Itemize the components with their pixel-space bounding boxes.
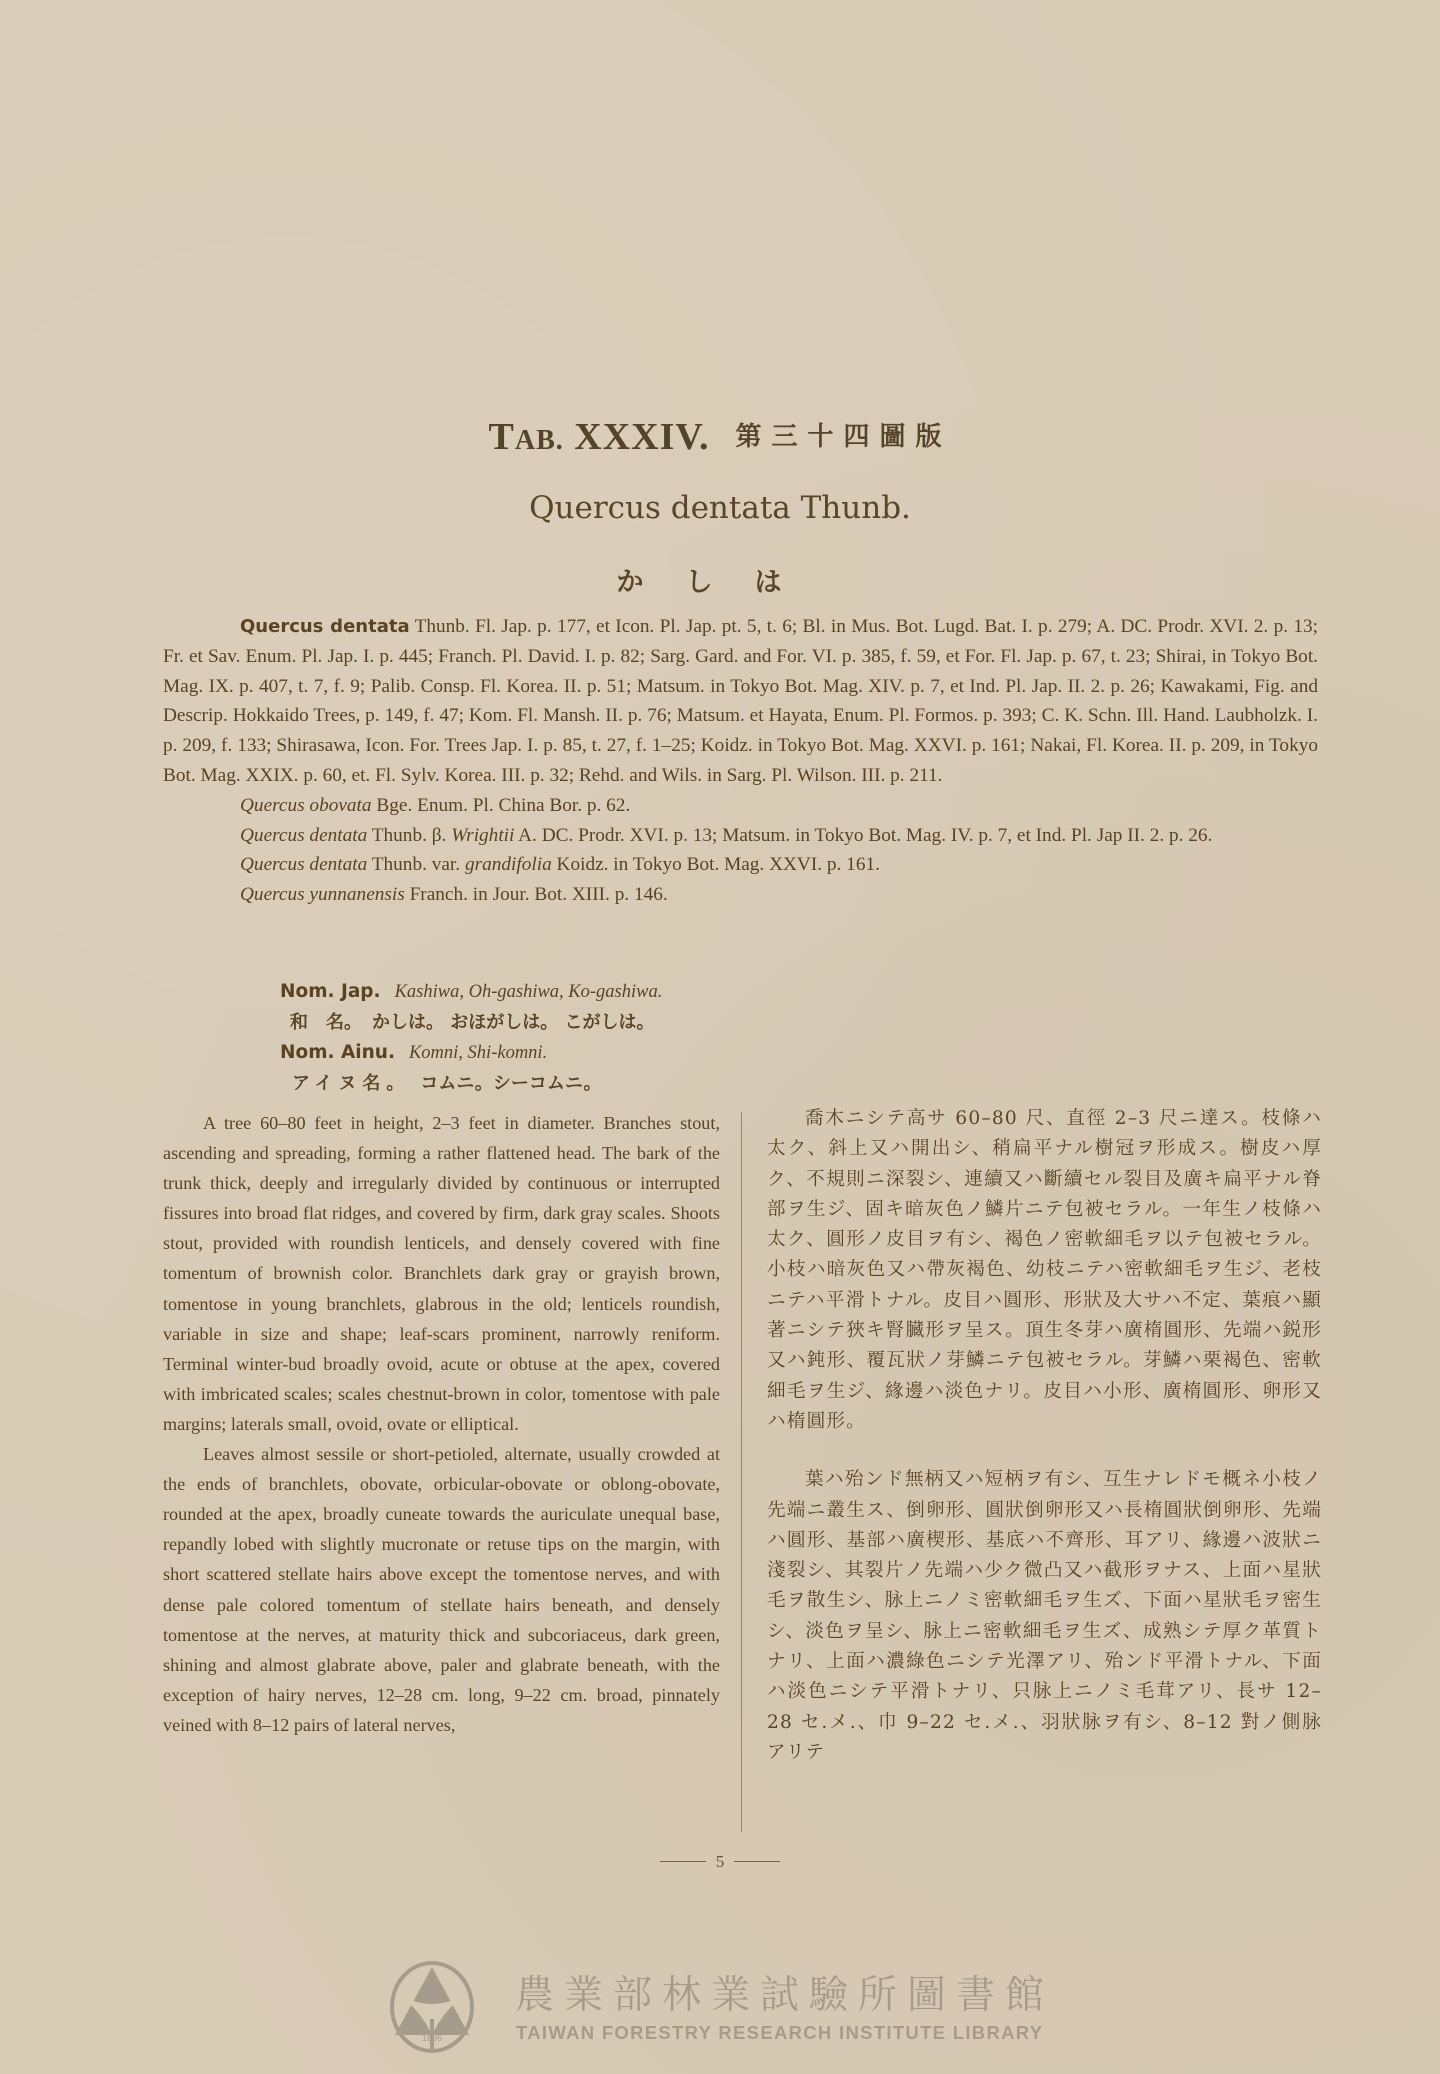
vernacular-names: Nom. Jap.Kashiwa, Oh-gashiwa, Ko-gashiwa…: [280, 977, 662, 1099]
institute-logo-icon: 1896: [385, 1955, 480, 2055]
plate-title: TAB. XXXIV. 第三十四圖版: [0, 415, 1440, 459]
dash-left: [660, 1861, 706, 1862]
references-block: Quercus dentata Thunb. Fl. Jap. p. 177, …: [163, 612, 1318, 910]
wamei-row: 和 名。かしは。 おほがしは。 こがしは。: [280, 1008, 662, 1039]
description-japanese: 喬木ニシテ高サ 60–80 尺、直徑 2–3 尺ニ達ス。枝條ハ太ク、斜上又ハ開出…: [767, 1104, 1322, 1768]
library-name-chinese: 農業部林業試驗所圖書館: [515, 1964, 1054, 2020]
page-number: 5: [0, 1852, 1440, 1872]
library-name-english: TAIWAN FORESTRY RESEARCH INSTITUTE LIBRA…: [516, 2022, 1043, 2044]
column-divider: [741, 1112, 742, 1832]
synonym: Quercus obovata Bge. Enum. Pl. China Bor…: [163, 791, 1318, 821]
paragraph: 喬木ニシテ高サ 60–80 尺、直徑 2–3 尺ニ達ス。枝條ハ太ク、斜上又ハ開出…: [767, 1104, 1322, 1437]
plate-label: TAB. XXXIV.: [489, 416, 710, 458]
plate-label-japanese: 第三十四圖版: [735, 422, 951, 452]
svg-text:1896: 1896: [422, 2033, 442, 2043]
synonym: Quercus dentata Thunb. var. grandifolia …: [163, 850, 1318, 880]
nom-jap-row: Nom. Jap.Kashiwa, Oh-gashiwa, Ko-gashiwa…: [280, 977, 662, 1008]
description-english: A tree 60–80 feet in height, 2–3 feet in…: [163, 1108, 720, 1740]
paragraph: Leaves almost sessile or short-petioled,…: [163, 1439, 720, 1740]
primary-reference: Quercus dentata Thunb. Fl. Jap. p. 177, …: [163, 612, 1318, 791]
species-kana-title: かしは: [0, 560, 1440, 599]
species-title: Quercus dentata Thunb.: [0, 490, 1440, 526]
dash-right: [734, 1861, 780, 1862]
paragraph: 葉ハ殆ンド無柄又ハ短柄ヲ有シ、互生ナレドモ概ネ小枝ノ先端ニ叢生ス、倒卵形、圓狀倒…: [767, 1465, 1322, 1768]
synonym: Quercus dentata Thunb. β. Wrightii A. DC…: [163, 821, 1318, 851]
nom-ainu-row: Nom. Ainu.Komni, Shi-komni.: [280, 1038, 662, 1069]
ainu-row: アイヌ名。コムニ。シーコムニ。: [280, 1069, 662, 1100]
paragraph: A tree 60–80 feet in height, 2–3 feet in…: [163, 1108, 720, 1439]
synonym: Quercus yunnanensis Franch. in Jour. Bot…: [163, 880, 1318, 910]
